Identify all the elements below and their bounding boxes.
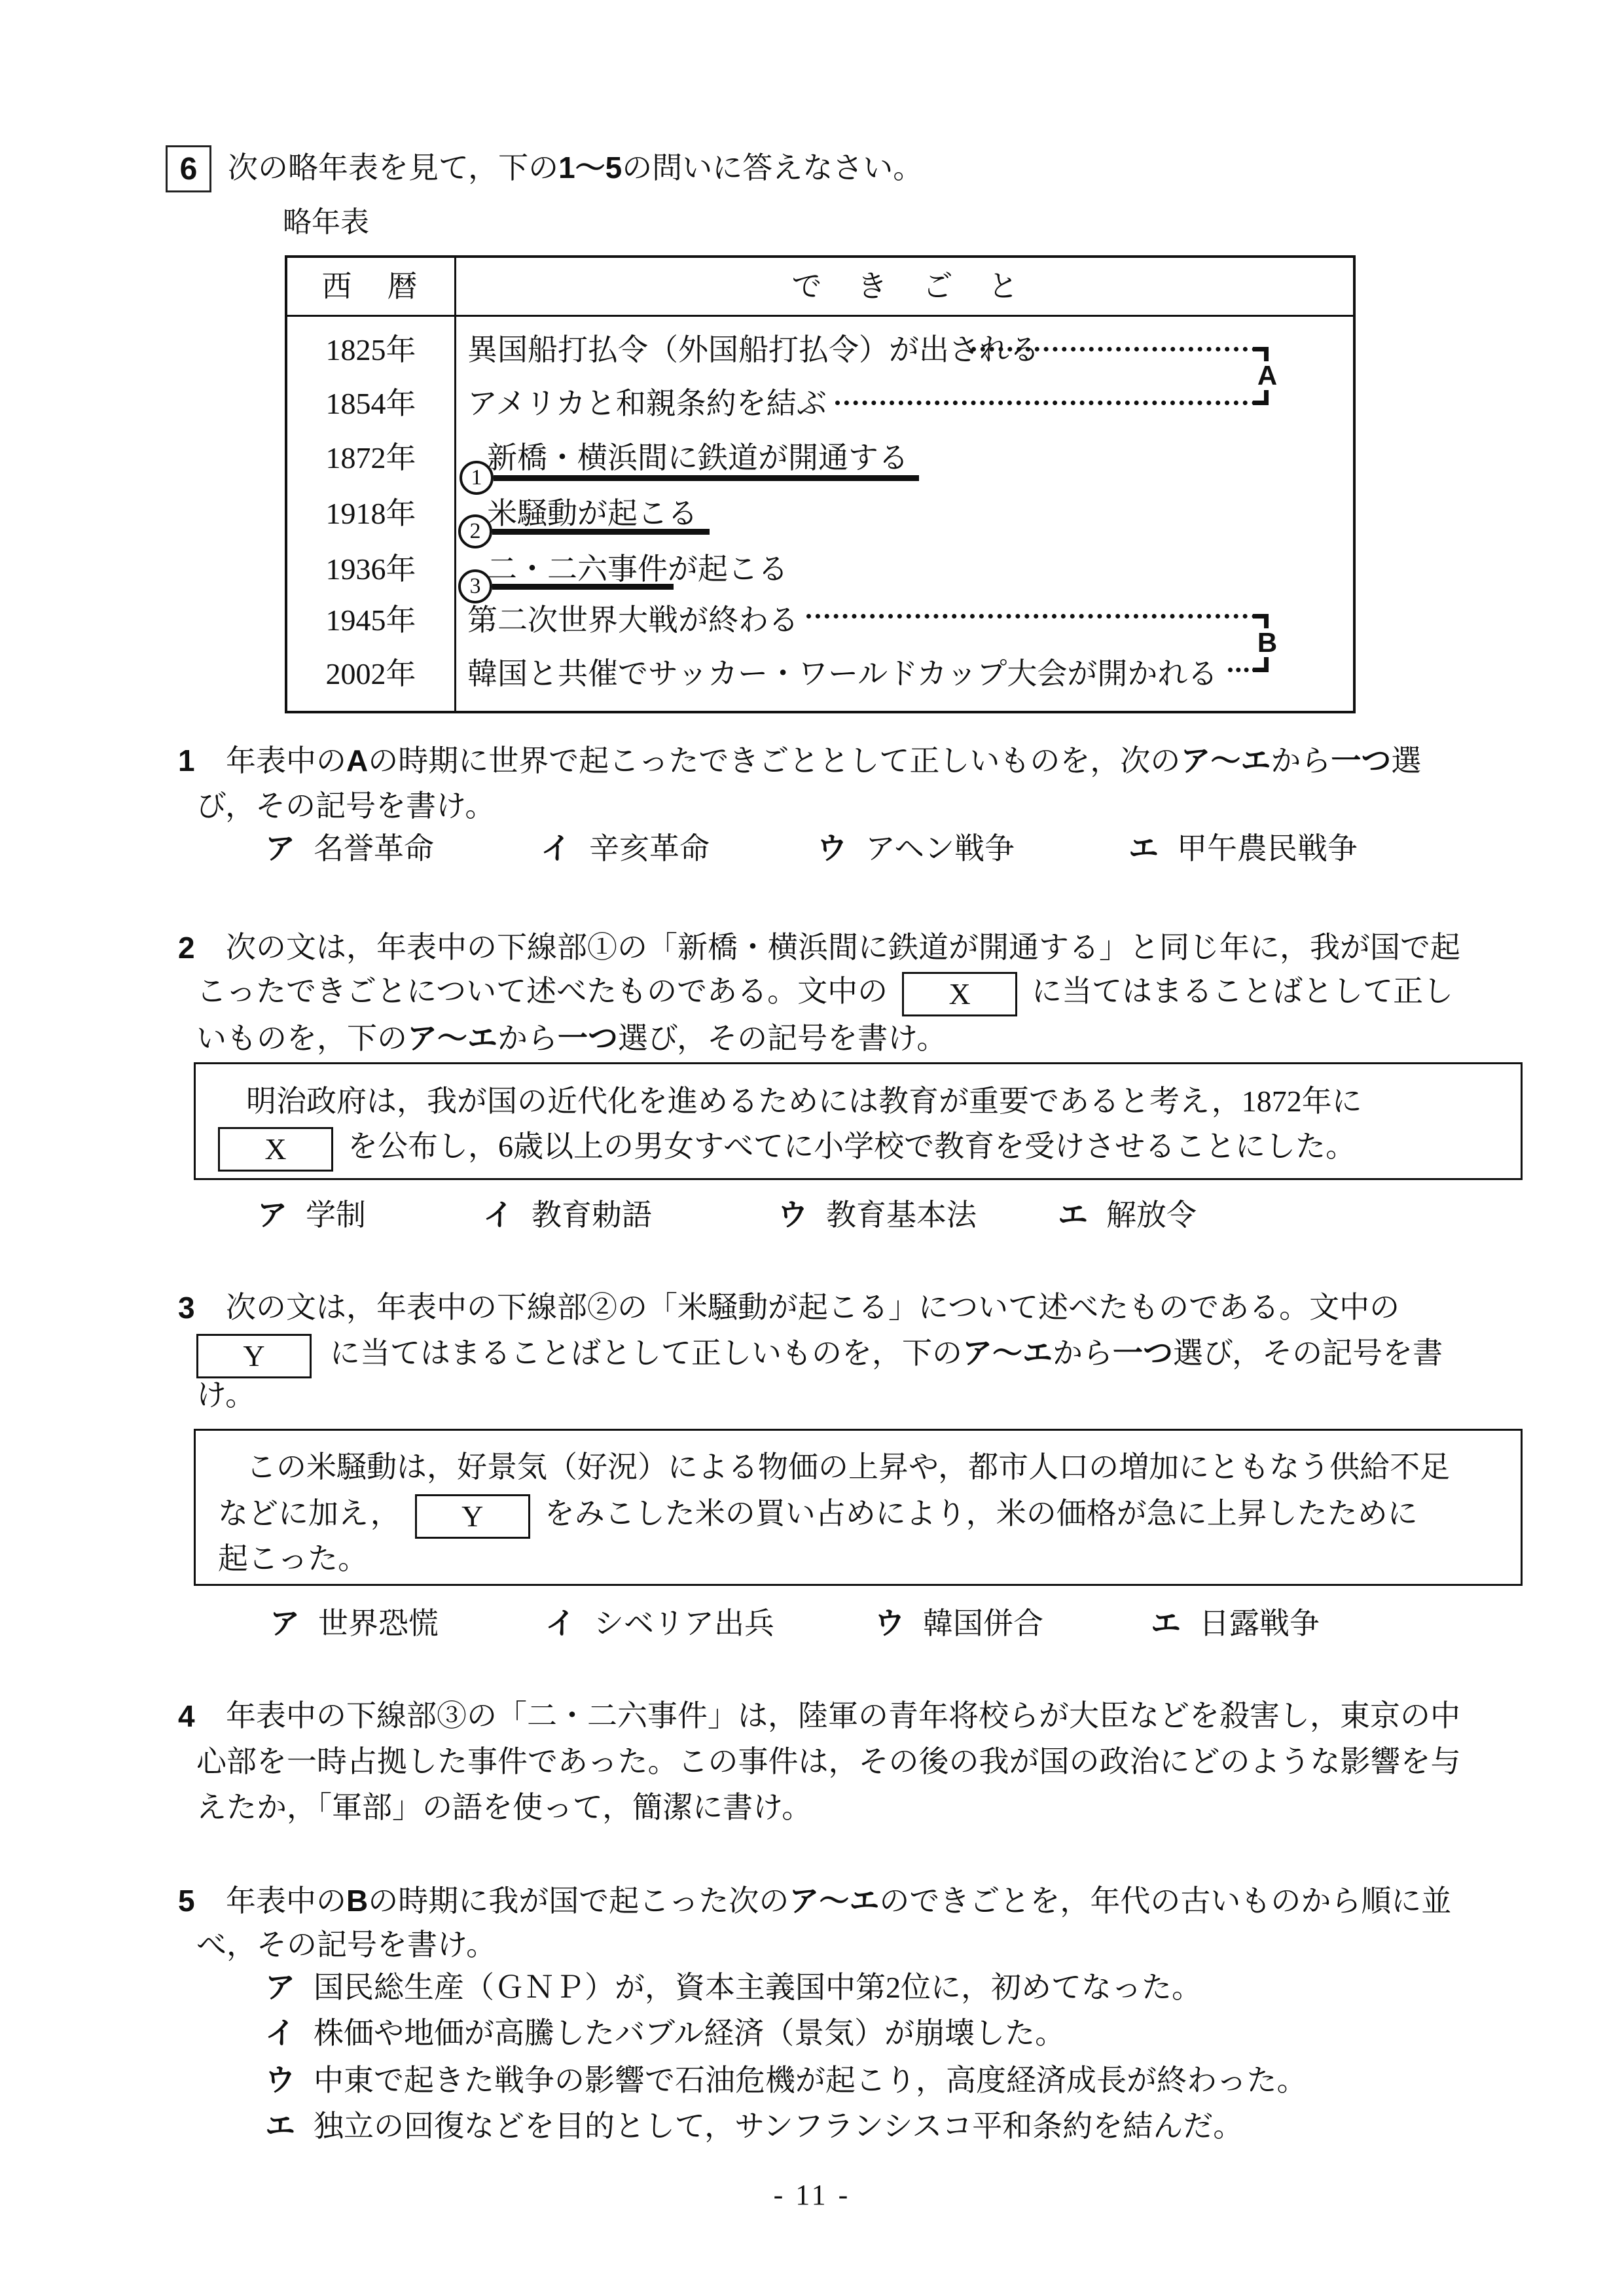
timeline-label: 略年表: [283, 202, 369, 243]
question-2-quote-box: 明治政府は，我が国の近代化を進めるためには教育が重要であると考え，1872年に …: [194, 1062, 1523, 1180]
option-mark: ウ: [265, 2063, 295, 2097]
text-segment: に当てはまることばとして正し: [1032, 975, 1453, 1008]
option-mark: ウ: [875, 1606, 905, 1640]
option-text: 株価や地価が高騰したバブル経済（景気）が崩壊した。: [314, 2017, 1065, 2050]
question-1-text-line2: び，その記号を書け。: [196, 785, 495, 827]
placeholder-y-box: Y: [415, 1494, 530, 1539]
option-mark: ウ: [817, 831, 847, 865]
text-segment: 一つ: [558, 1021, 618, 1055]
q5-option-u: ウ中東で起きた戦争の影響で石油危機が起こり，高度経済成長が終わった。: [265, 2062, 1307, 2098]
text-segment: の時期に世界で起こったできごととして正しいものを，次の: [368, 744, 1180, 778]
column-header-year: 西 暦: [287, 266, 454, 308]
text-segment: 年表中の: [226, 744, 346, 778]
q5-option-i: イ株価や地価が高騰したバブル経済（景気）が崩壊した。: [265, 2015, 1065, 2051]
bracket-a-label: A: [1248, 361, 1287, 390]
question-3-text-line1: 次の文は，年表中の下線部②の「米騒動が起こる」について述べたものである。文中の: [226, 1287, 1399, 1329]
q3-option-i: イシベリア出兵: [545, 1605, 774, 1641]
underline-3: [492, 584, 674, 590]
option-text: 日露戦争: [1199, 1607, 1320, 1640]
q1-option-i: イ辛亥革命: [541, 830, 710, 867]
option-mark: エ: [1058, 1198, 1088, 1232]
quote-text-line3: 起こった。: [218, 1538, 368, 1580]
text-segment: から: [1053, 1336, 1113, 1370]
bracket-b-label: B: [1248, 628, 1287, 657]
quote-text-line1: 明治政府は，我が国の近代化を進めるためには教育が重要であると考え，1872年に: [246, 1081, 1362, 1122]
question-6-number: 6: [180, 151, 198, 187]
q2-option-a: ア学制: [257, 1196, 366, 1233]
text-segment: のできごとを，年代の古いものから順に並: [879, 1884, 1451, 1918]
question-4-number: 4: [178, 1695, 195, 1737]
timeline-year: 1918年: [287, 493, 454, 535]
underline-2: [492, 529, 710, 535]
text-segment: の時期に我が国で起こった次の: [368, 1884, 789, 1918]
timeline-table: 西 暦 で き ご と 1825年 1854年 1872年 1918年 1936…: [285, 255, 1356, 713]
text-segment: から: [1271, 744, 1331, 778]
option-text: 学制: [306, 1198, 366, 1232]
question-5-text-line1: 年表中のBの時期に我が国で起こった次のア～エのできごとを，年代の古いものから順に…: [226, 1880, 1451, 1922]
question-3-text-line2: Yに当てはまることばとして正しいものを，下のア～エから一つ選び，その記号を書: [196, 1330, 1443, 1376]
q2-option-e: エ解放令: [1058, 1196, 1197, 1233]
question-2-text-line3: いものを，下のア～エから一つ選び，その記号を書け。: [196, 1017, 947, 1059]
question-4-text-line3: えたか，「軍部」の語を使って，簡潔に書け。: [196, 1787, 812, 1829]
option-text: 国民総生産（ＧＮＰ）が，資本主義国中第2位に，初めてなった。: [314, 1971, 1202, 2004]
option-mark: エ: [1128, 831, 1159, 865]
q5-option-e: エ独立の回復などを目的として，サンフランシスコ平和条約を結んだ。: [265, 2108, 1243, 2144]
circled-number-3: 3: [458, 569, 492, 603]
text-segment: 一つ: [1113, 1336, 1173, 1370]
timeline-year: 1854年: [287, 383, 454, 425]
q2-option-i: イ教育勅語: [483, 1196, 652, 1233]
option-text: 教育基本法: [826, 1198, 977, 1232]
question-2-text-line1: 次の文は，年表中の下線部①の「新橋・横浜間に鉄道が開通する」と同じ年に，我が国で…: [226, 927, 1460, 969]
q3-option-a: ア世界恐慌: [270, 1605, 439, 1641]
placeholder-y-box: Y: [196, 1334, 312, 1378]
underline-1: [494, 475, 919, 481]
question-6-title: 次の略年表を見て，下の1～5の問いに答えなさい。: [228, 147, 923, 188]
q3-option-e: エ日露戦争: [1151, 1605, 1320, 1641]
timeline-event: 韓国と共催でサッカー・ワールドカップ大会が開かれる: [467, 653, 1218, 695]
option-text: 世界恐慌: [318, 1607, 439, 1640]
option-text: 甲午農民戦争: [1177, 832, 1358, 865]
option-mark: ア: [265, 831, 295, 865]
timeline-year: 1945年: [287, 600, 454, 641]
q3-option-u: ウ韓国併合: [875, 1605, 1043, 1641]
table-header-divider: [287, 315, 1353, 317]
question-3-quote-box: この米騒動は，好景気（好況）による物価の上昇や，都市人口の増加にともなう供給不足…: [194, 1429, 1523, 1586]
q5-option-a: ア国民総生産（ＧＮＰ）が，資本主義国中第2位に，初めてなった。: [265, 1969, 1202, 2005]
option-text: 韓国併合: [923, 1607, 1043, 1640]
question-1-number: 1: [178, 740, 195, 781]
timeline-year: 1825年: [287, 329, 454, 371]
option-mark: イ: [265, 2016, 295, 2050]
text-segment: いものを，下の: [196, 1022, 407, 1055]
quote-text-line2: などに加え，Yをみこした米の買い占めにより，米の価格が急に上昇したために: [218, 1491, 1418, 1537]
table-column-divider: [454, 258, 456, 711]
timeline-year: 1872年: [287, 437, 454, 479]
option-text: 中東で起きた戦争の影響で石油危機が起こり，高度経済成長が終わった。: [314, 2064, 1307, 2097]
timeline-event: アメリカと和親条約を結ぶ: [467, 383, 827, 425]
option-mark: イ: [483, 1198, 513, 1232]
option-mark: イ: [541, 831, 571, 865]
option-text: シベリア出兵: [594, 1607, 774, 1640]
leader-line: [971, 347, 1257, 351]
text-segment: の問いに答えなさい。: [622, 151, 923, 185]
option-mark: エ: [1151, 1606, 1181, 1640]
text-segment: 1～5: [558, 151, 622, 185]
question-1-text-line1: 年表中のAの時期に世界で起こったできごととして正しいものを，次のア～エから一つ選: [226, 740, 1421, 781]
question-2-text-line2: こったできごとについて述べたものである。文中のXに当てはまることばとして正し: [196, 969, 1453, 1014]
option-mark: ア: [270, 1606, 300, 1640]
option-text: 辛亥革命: [589, 832, 710, 865]
placeholder-x-box: X: [218, 1127, 333, 1172]
timeline-event: 新橋・横浜間に鉄道が開通する: [487, 437, 909, 479]
page-number: - 11 -: [0, 2178, 1624, 2212]
placeholder-x-box: X: [902, 972, 1017, 1016]
text-segment: B: [346, 1884, 368, 1918]
option-mark: ウ: [778, 1198, 808, 1232]
option-mark: ア: [265, 1970, 295, 2004]
leader-line: [835, 401, 1257, 405]
text-segment: ア～エ: [407, 1021, 497, 1055]
column-header-event: で き ご と: [454, 266, 1358, 308]
text-segment: A: [346, 744, 368, 778]
text-segment: などに加え，: [218, 1497, 401, 1530]
timeline-event: 異国船打払令（外国船打払令）が出される: [467, 329, 1039, 371]
text-segment: ア～エ: [962, 1336, 1053, 1370]
leader-line: [806, 614, 1257, 619]
option-text: アヘン戦争: [865, 832, 1015, 865]
timeline-year: 1936年: [287, 548, 454, 590]
circled-number-1: 1: [460, 461, 494, 495]
question-3-text-line3: け。: [196, 1374, 255, 1416]
option-mark: イ: [545, 1606, 575, 1640]
text-segment: ア～エ: [1180, 744, 1271, 778]
text-segment: から: [497, 1022, 558, 1055]
option-text: 教育勅語: [532, 1198, 652, 1232]
question-4-text-line1: 年表中の下線部③の「二・二六事件」は，陸軍の青年将校らが大臣などを殺害し，東京の…: [226, 1695, 1460, 1737]
q1-option-u: ウアヘン戦争: [817, 830, 1015, 867]
q2-option-u: ウ教育基本法: [778, 1196, 977, 1233]
option-mark: ア: [257, 1198, 287, 1232]
option-text: 名誉革命: [314, 832, 434, 865]
question-4-text-line2: 心部を一時占拠した事件であった。この事件は，その後の我が国の政治にどのような影響…: [196, 1741, 1461, 1783]
text-segment: をみこした米の買い占めにより，米の価格が急に上昇したために: [545, 1497, 1418, 1530]
option-text: 独立の回復などを目的として，サンフランシスコ平和条約を結んだ。: [314, 2109, 1243, 2143]
question-5-text-line2: べ，その記号を書け。: [196, 1924, 496, 1966]
q1-option-e: エ甲午農民戦争: [1128, 830, 1358, 867]
text-segment: 選: [1391, 744, 1421, 778]
text-segment: 次の略年表を見て，下の: [228, 151, 558, 185]
text-segment: 選び，その記号を書け。: [618, 1022, 947, 1055]
text-segment: を公布し，6歳以上の男女すべてに小学校で教育を受けさせることにした。: [348, 1130, 1356, 1163]
text-segment: 一つ: [1331, 744, 1391, 778]
circled-number-2: 2: [458, 514, 492, 548]
q1-option-a: ア名誉革命: [265, 830, 434, 867]
text-segment: ア～エ: [789, 1884, 879, 1918]
timeline-year: 2002年: [287, 653, 454, 695]
question-2-number: 2: [178, 927, 195, 969]
question-6-number-box: 6: [166, 145, 211, 192]
text-segment: に当てはまることばとして正しいものを，下の: [330, 1336, 962, 1370]
option-text: 解放令: [1106, 1198, 1197, 1232]
quote-text-line2: Xを公布し，6歳以上の男女すべてに小学校で教育を受けさせることにした。: [218, 1124, 1356, 1170]
option-mark: エ: [265, 2109, 295, 2143]
exam-page: 6 次の略年表を見て，下の1～5の問いに答えなさい。 略年表 西 暦 で き ご…: [0, 0, 1624, 2296]
quote-text-line1: この米騒動は，好景気（好況）による物価の上昇や，都市人口の増加にともなう供給不足: [246, 1446, 1450, 1488]
text-segment: 年表中の: [226, 1884, 346, 1918]
text-segment: 選び，その記号を書: [1173, 1336, 1443, 1370]
timeline-event: 第二次世界大戦が終わる: [467, 600, 799, 641]
question-5-number: 5: [178, 1880, 195, 1922]
question-3-number: 3: [178, 1287, 195, 1329]
text-segment: こったできごとについて述べたものである。文中の: [196, 975, 888, 1008]
